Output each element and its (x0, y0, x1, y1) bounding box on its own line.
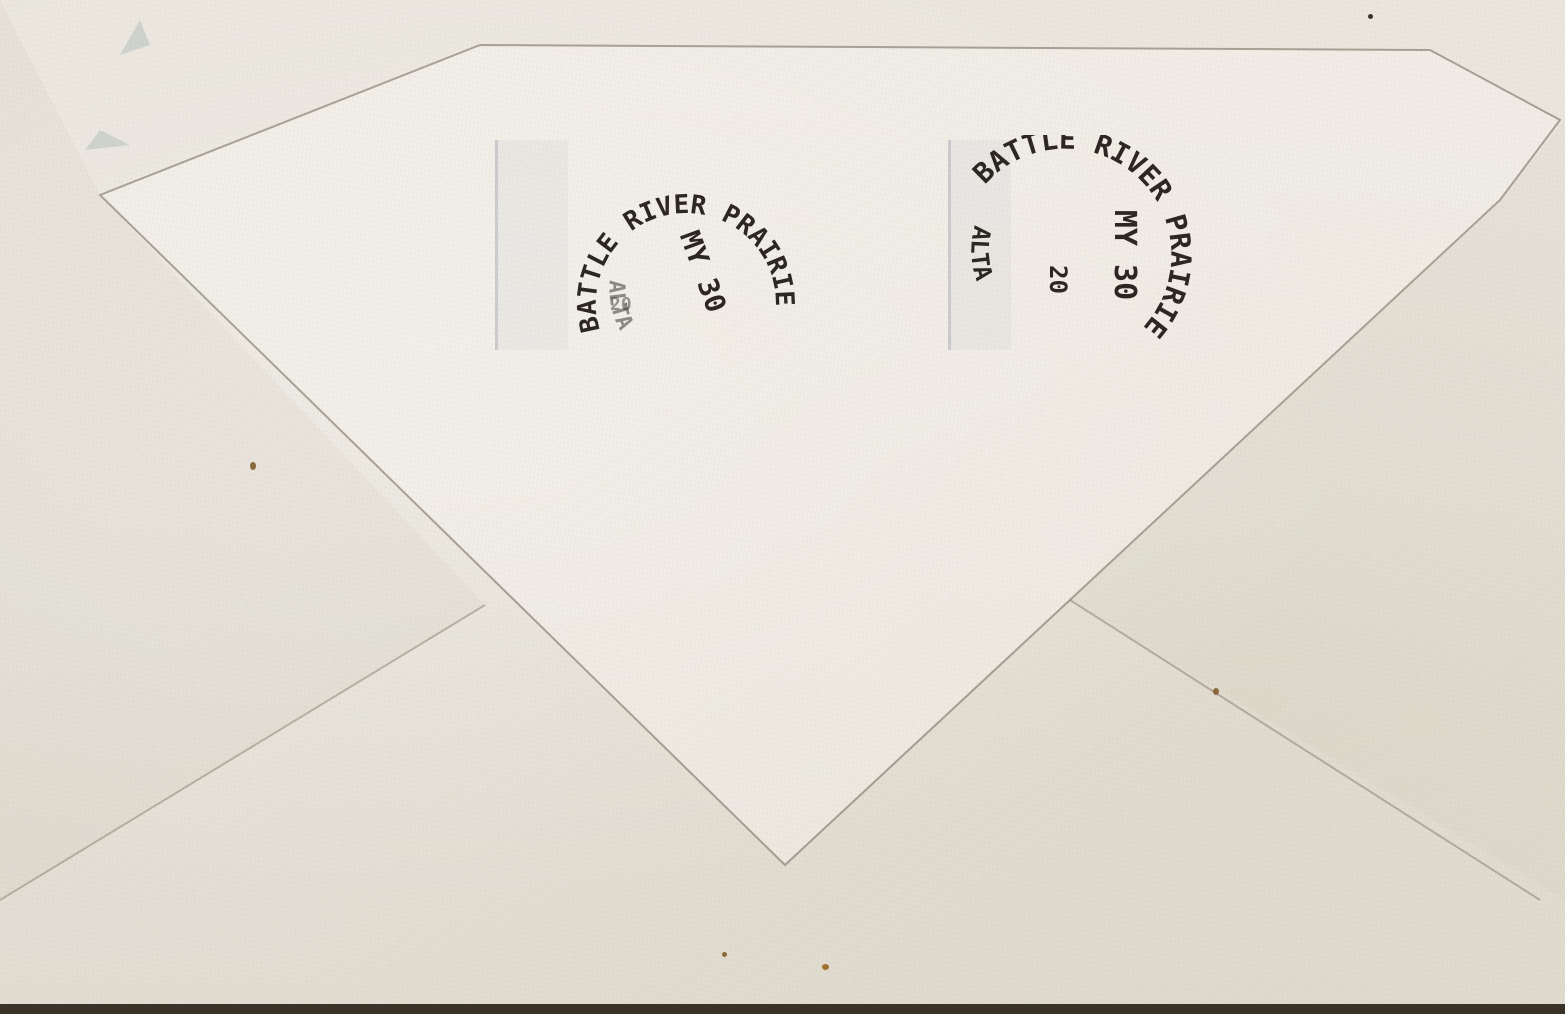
postmark-right-year: 20 (1044, 265, 1072, 294)
envelope-back: BATTLE RIVER PRAIRIE ALTA MY 30 20 BATTL… (0, 0, 1565, 1004)
stain-spot (1368, 14, 1373, 19)
postmark-right-top-text: BATTLE RIVER PRAIRIE (966, 135, 1197, 344)
svg-text:BATTLE RIVER PRAIRIE: BATTLE RIVER PRAIRIE (966, 135, 1197, 344)
stamp-offset-left (495, 140, 568, 350)
postmark-right-bottom-text: ALTA (965, 224, 998, 284)
stain-spot (722, 952, 727, 957)
scan-background-edge (0, 1004, 1565, 1014)
postmark-right-date: MY 30 (1107, 210, 1142, 300)
stain-spot (822, 964, 829, 970)
postmark-left-year: 20 (610, 294, 632, 315)
svg-text:ALTA: ALTA (965, 224, 998, 284)
postmark-right: BATTLE RIVER PRAIRIE ALTA MY 30 20 (945, 135, 1205, 385)
stain-spot (1213, 688, 1219, 695)
envelope-fold-lines (0, 0, 1565, 1004)
stain-spot (250, 462, 256, 470)
postmark-left-date: MY 30 (673, 226, 733, 316)
postmark-left: BATTLE RIVER PRAIRIE ALTA MY 30 20 (560, 170, 800, 410)
